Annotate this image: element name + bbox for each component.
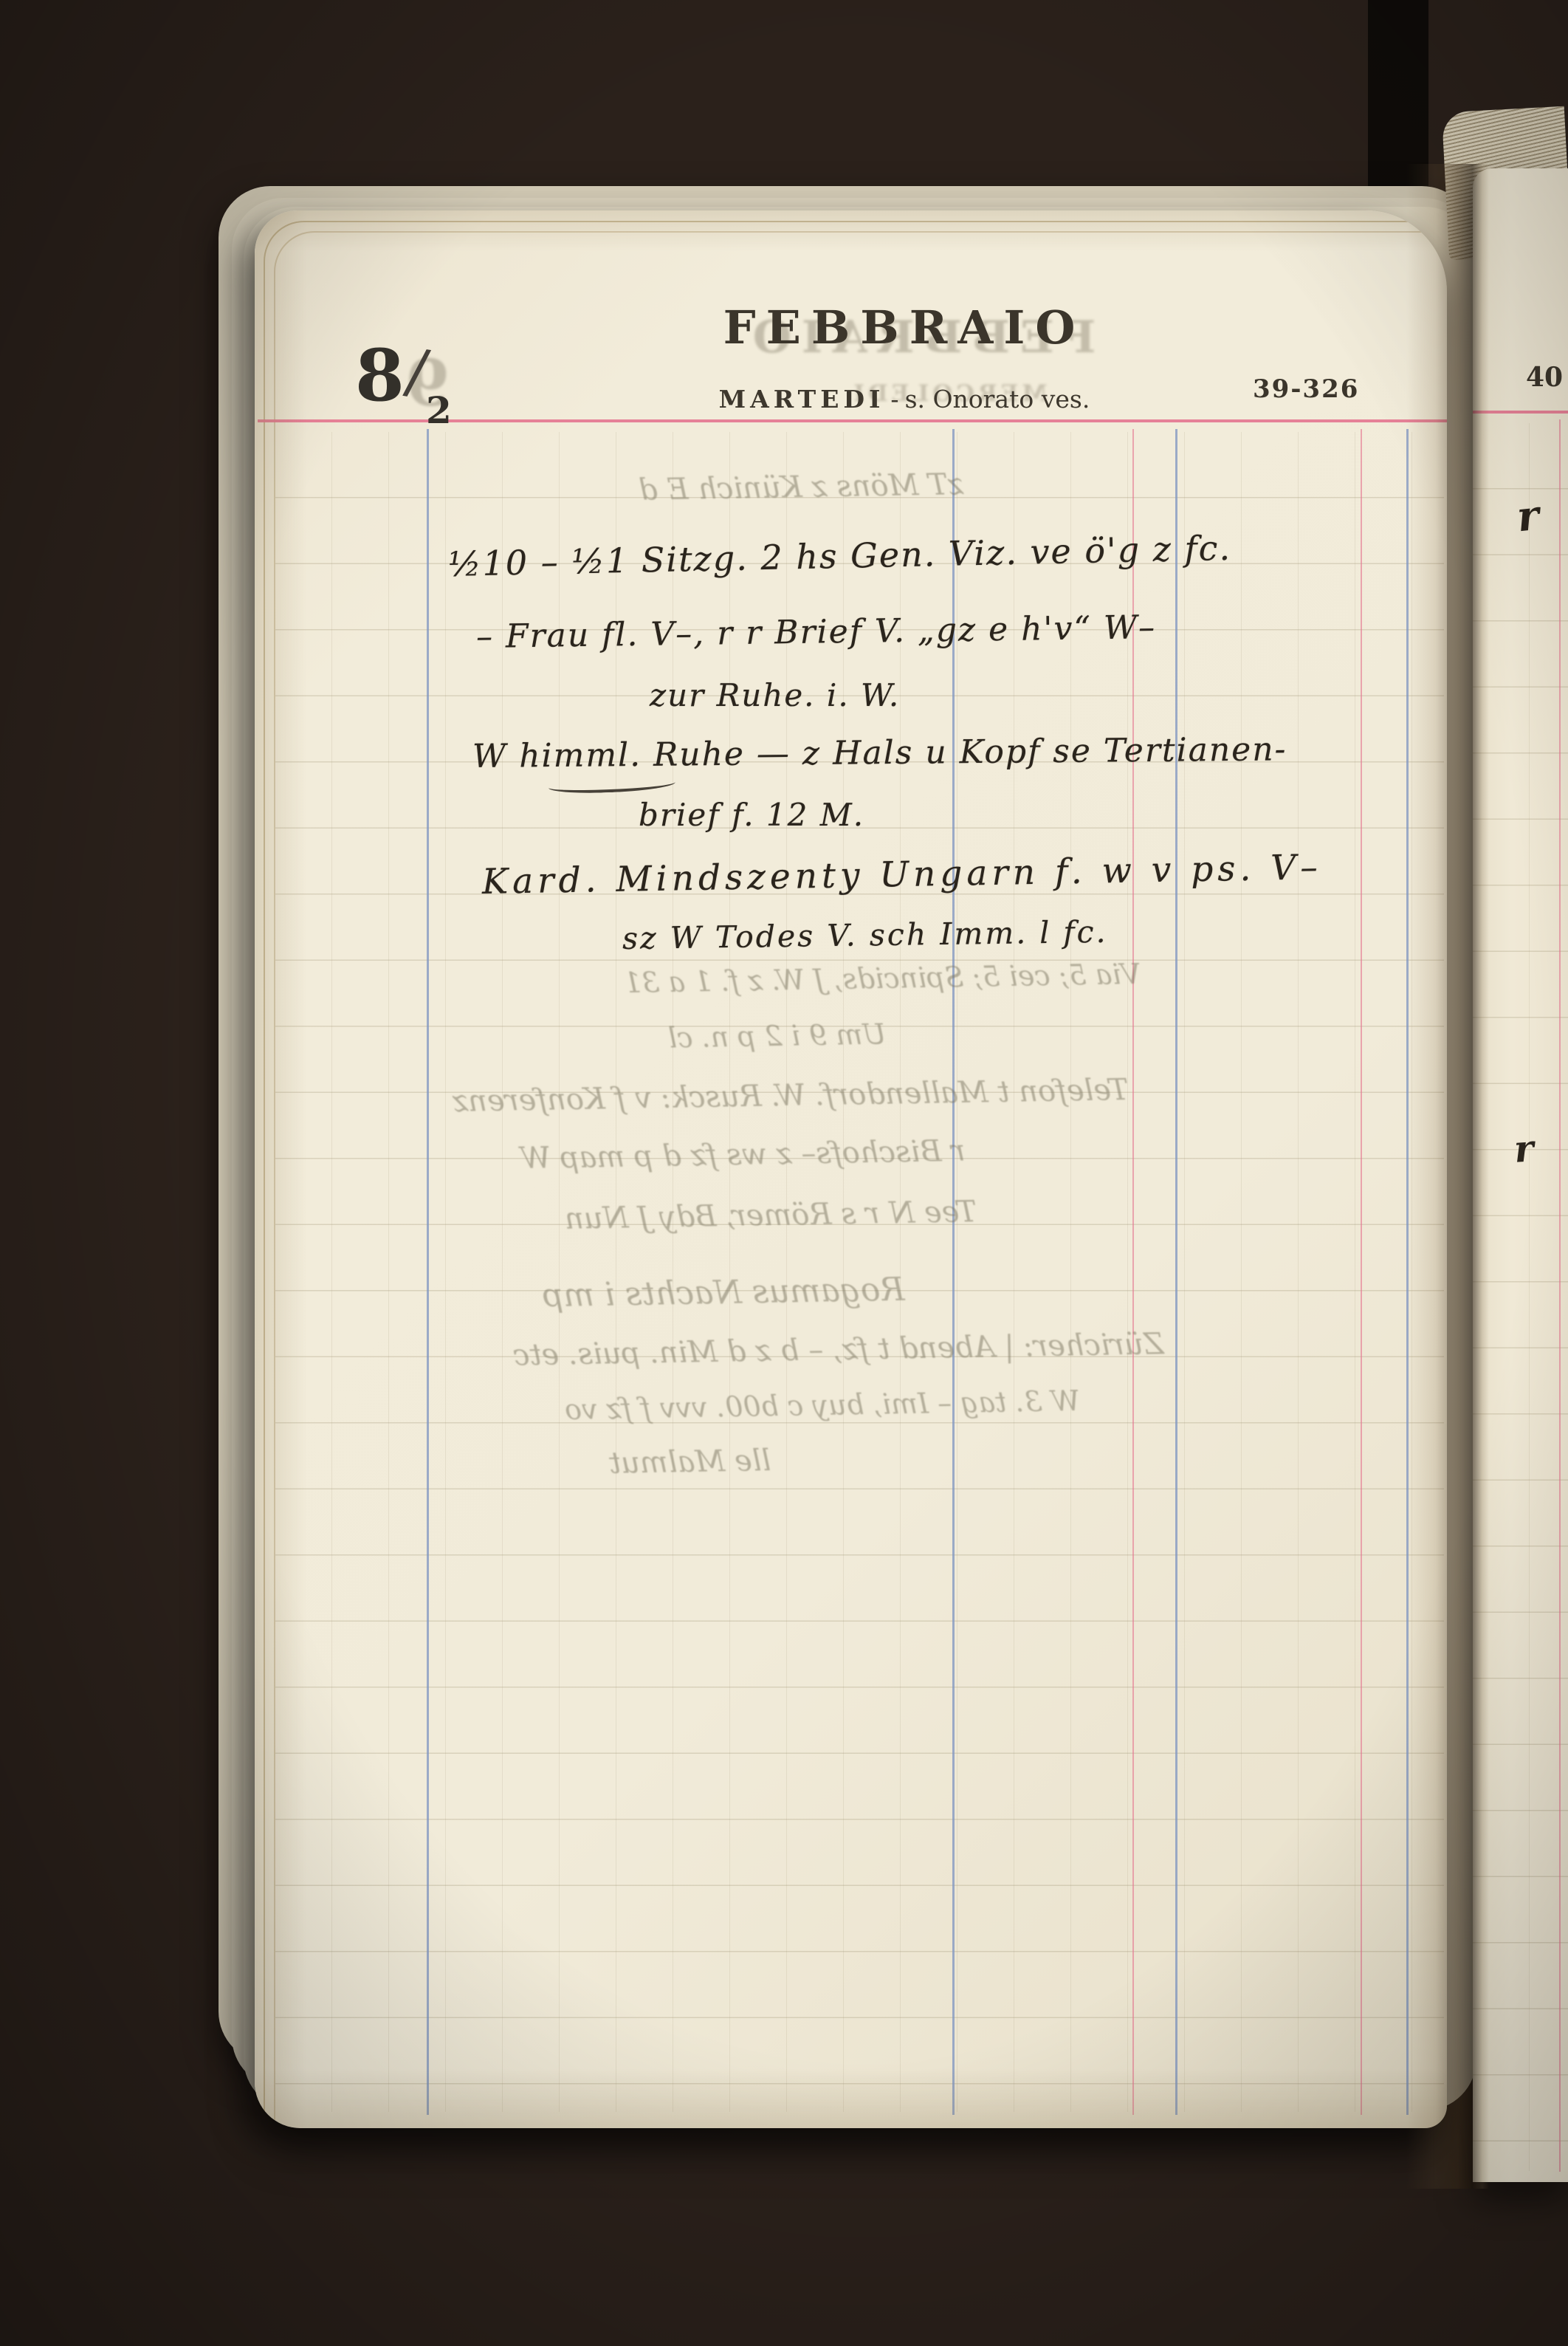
day-count: 39-326 — [1253, 374, 1359, 404]
column-rule-pink — [1361, 429, 1362, 2115]
bleed-through-line: Um 9 i 2 p n. cl — [668, 1018, 887, 1054]
month-title: FEBBRAIO — [668, 305, 1141, 351]
ruled-grid — [1473, 423, 1568, 2171]
diary-right-page: 40 r r — [1473, 168, 1568, 2182]
bleed-through-line: W 3. tag – Imi, buy c b00. vvv f fz vo — [565, 1385, 1081, 1426]
handwritten-mark: r — [1515, 491, 1541, 542]
day-number: 8 — [355, 340, 405, 411]
diary-entry-line: W himml. Ruhe — z Hals u Kopf se Tertian… — [472, 730, 1287, 775]
month-number: 2 — [426, 392, 452, 429]
diary-entry-line: sz W Todes V. sch Imm. l fc. — [622, 914, 1108, 956]
diary-entry-line: zur Ruhe. i. W. — [650, 677, 900, 713]
bleed-through-line: lle Malmut — [609, 1444, 771, 1481]
bleed-through-line: Via 5; cei 5; Spincids, J W. z f. 1 a 31 — [624, 958, 1141, 999]
weekday-row: MARTEDI-s. Onorato ves. — [668, 385, 1141, 414]
page-number: 40 — [1526, 362, 1563, 393]
handwritten-mark: r — [1513, 1126, 1535, 1171]
bleed-through-line: Telefon t Mallendorf. W. Rusck: v f Konf… — [453, 1073, 1129, 1119]
diary-entry-line: brief f. 12 M. — [639, 797, 864, 833]
diary-entry-line: Kard. Mindszenty Ungarn f. w v ps. V– — [482, 847, 1323, 902]
bleed-through-line: r Bischofs– z ws fz d p map W — [520, 1134, 966, 1176]
column-rule-blue — [1175, 429, 1177, 2115]
photo-backdrop: 9 8 / 2 FEBBRAIO FEBBRAIO MERCOLEDI MART… — [0, 0, 1568, 2346]
diary-left-page: 9 8 / 2 FEBBRAIO FEBBRAIO MERCOLEDI MART… — [255, 210, 1447, 2128]
bleed-through-line: Rogamus Nachts i mp — [543, 1271, 905, 1315]
bleed-through-line: Tee N r s Römer, Bdy J Nun — [565, 1195, 977, 1236]
page-corner-imprint — [264, 221, 1447, 2128]
column-rule-pink — [1559, 419, 1561, 2172]
page-corner-imprint — [274, 231, 1447, 2128]
diary-entry-line: ½10 – ½1 Sitzg. 2 hs Gen. Viz. ve ö'g z … — [447, 528, 1231, 584]
column-rule-blue — [1406, 429, 1409, 2115]
saint-of-day: s. Onorato ves. — [905, 385, 1090, 414]
handwritten-underline — [549, 775, 676, 795]
bleed-through-line: zT Möns z Künich E d — [639, 467, 964, 507]
book-spine-edge — [1368, 0, 1428, 201]
bleed-through-line: Züricher: | Abend t fz, – b z d Min. pui… — [513, 1327, 1164, 1372]
column-rule-blue — [427, 429, 429, 2115]
diary-entry-line: – Frau fl. V–, r r Brief V. „gz e h'v“ W… — [476, 608, 1157, 656]
column-rule-blue — [952, 429, 955, 2115]
weekday-label: MARTEDI — [719, 385, 885, 414]
header-rule-pink — [1473, 411, 1568, 414]
weekday-separator: - — [884, 385, 904, 414]
column-rule-pink — [1132, 429, 1134, 2115]
